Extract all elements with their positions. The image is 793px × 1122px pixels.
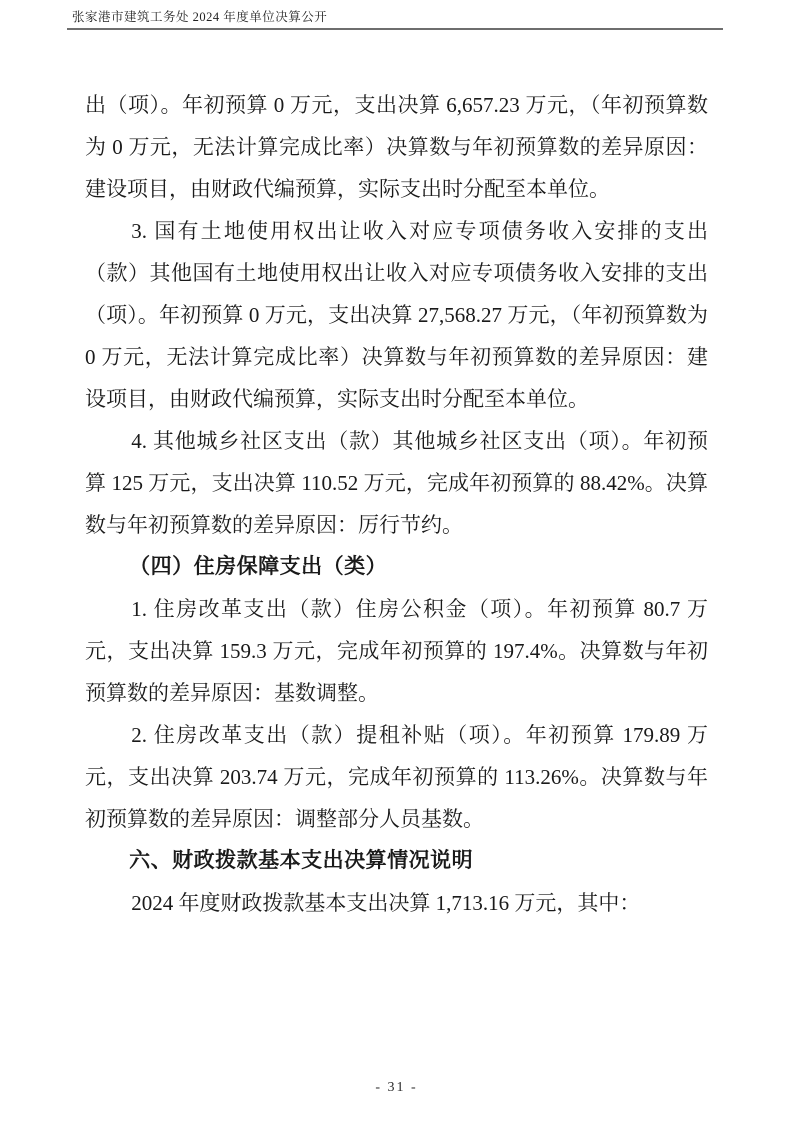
paragraph-gov-fund-item4-urban-rural: 4. 其他城乡社区支出（款）其他城乡社区支出（项）。年初预算 125 万元，支出… (85, 420, 708, 546)
page-header: 张家港市建筑工务处 2024 年度单位决算公开 (67, 0, 723, 30)
page-footer: - 31 - (0, 1079, 793, 1097)
document-page: 张家港市建筑工务处 2024 年度单位决算公开 出（项）。年初预算 0 万元，支… (0, 0, 793, 1122)
heading-section4-housing-security: （四）住房保障支出（类） (85, 546, 708, 588)
header-title: 张家港市建筑工务处 2024 年度单位决算公开 (67, 10, 723, 25)
paragraph-housing-item1-provident-fund: 1. 住房改革支出（款）住房公积金（项）。年初预算 80.7 万元，支出决算 1… (85, 588, 708, 714)
page-number: - 31 - (375, 1080, 417, 1095)
document-body: 出（项）。年初预算 0 万元，支出决算 6,657.23 万元，（年初预算数为 … (85, 30, 708, 924)
paragraph-basic-expenditure-total: 2024 年度财政拨款基本支出决算 1,713.16 万元，其中： (85, 882, 708, 924)
paragraph-gov-fund-item2-continued: 出（项）。年初预算 0 万元，支出决算 6,657.23 万元，（年初预算数为 … (85, 84, 708, 210)
heading-section6-basic-expenditure: 六、财政拨款基本支出决算情况说明 (85, 840, 708, 882)
paragraph-housing-item2-rent-subsidy: 2. 住房改革支出（款）提租补贴（项）。年初预算 179.89 万元，支出决算 … (85, 714, 708, 840)
paragraph-gov-fund-item3-land-transfer: 3. 国有土地使用权出让收入对应专项债务收入安排的支出（款）其他国有土地使用权出… (85, 210, 708, 420)
